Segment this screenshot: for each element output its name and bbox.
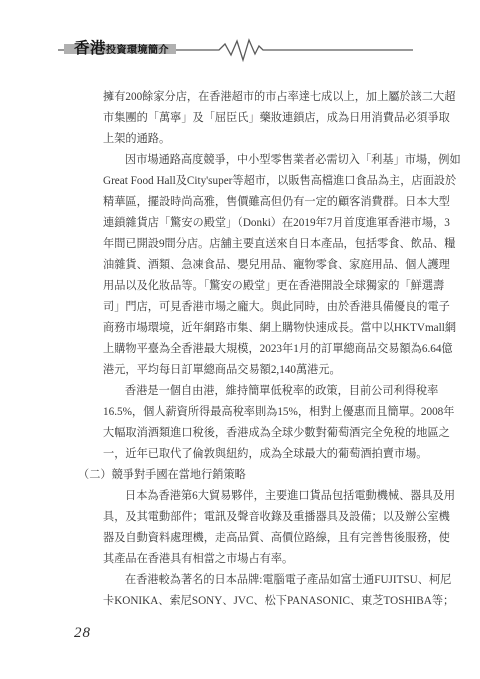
- text-line: 香港是一個自由港，維持簡單低稅率的政策，目前公司利得稅率: [103, 381, 418, 402]
- text-line: 器及自動資料處理機，走高品質、高價位路線，且有完善售後服務，使: [103, 528, 418, 549]
- text-line: 上架的通路。: [103, 129, 418, 150]
- text-line: 擁有200餘家分店，在香港超市的市占率達七成以上，加上屬於該二大超: [103, 87, 418, 108]
- text-line: 日本為香港第6大貿易夥伴，主要進口貨品包括電動機械、器具及用: [103, 486, 418, 507]
- title-main: 香港: [74, 40, 106, 57]
- text-line: 港元，平均每日訂單總商品交易額2,140萬港元。: [103, 360, 418, 381]
- page-number: 28: [74, 625, 91, 642]
- title-sub: 投資環境簡介: [106, 45, 169, 56]
- text-line: 大幅取消酒類進口稅後，香港成為全球少數對葡萄酒完全免稅的地區之: [103, 423, 418, 444]
- text-line: 一，近年已取代了倫敦與紐約，成為全球最大的葡萄酒拍賣市場。: [103, 444, 418, 465]
- text-line: 其產品在香港具有相當之市場占有率。: [103, 549, 418, 570]
- text-line: 卡KONIKA、索尼SONY、JVC、松下PANASONIC、東芝TOSHIBA…: [103, 591, 418, 612]
- body-text: 擁有200餘家分店，在香港超市的市占率達七成以上，加上屬於該二大超市集團的「萬寧…: [78, 87, 418, 612]
- text-line: 16.5%，個人薪資所得最高稅率則為15%，相對上優惠而且簡單。2008年: [103, 402, 418, 423]
- text-line: 上購物平臺為全香港最大規模，2023年1月的訂單總商品交易額為6.64億: [103, 339, 418, 360]
- text-line: 因市場通路高度競爭，中小型零售業者必需切入「利基」市場，例如: [103, 150, 418, 171]
- text-line: 市集團的「萬寧」及「屈臣氏」藥妝連鎖店，成為日用消費品必須爭取: [103, 108, 418, 129]
- page-header: 香港投資環境簡介: [0, 0, 480, 70]
- text-line: 商務市場環境，近年網路市集、網上購物快速成長。當中以HKTVmall網: [103, 318, 418, 339]
- text-line: 具，及其電動部件；電訊及聲音收錄及重播器具及設備；以及辦公室機: [103, 507, 418, 528]
- page: 香港投資環境簡介 擁有200餘家分店，在香港超市的市占率達七成以上，加上屬於該二…: [0, 0, 480, 679]
- text-line: 連鎖雜貨店「驚安の殿堂」（Donki）在2019年7月首度進軍香港市場，3: [103, 213, 418, 234]
- text-line: 精華區，擺設時尚高雅，售價雖高但仍有一定的顧客消費群。日本大型: [103, 192, 418, 213]
- text-line: 年間已開設9間分店。店舖主要直送來自日本產品，包括零食、飲品、糧: [103, 234, 418, 255]
- page-title: 香港投資環境簡介: [74, 36, 169, 58]
- text-line: 用品以及化妝品等。「驚安の殿堂」更在香港開設全球獨家的「鮮選壽: [103, 276, 418, 297]
- section-heading: （二）競爭對手國在當地行銷策略: [78, 465, 418, 486]
- text-line: 油雜貨、酒類、急凍食品、嬰兒用品、寵物零食、家庭用品、個人護理: [103, 255, 418, 276]
- text-line: Great Food Hall及City'super等超市，以販售高檔進口食品為…: [103, 171, 418, 192]
- text-line: 司」門店，可見香港市場之龐大。與此同時，由於香港具備優良的電子: [103, 297, 418, 318]
- text-line: 在香港較為著名的日本品牌:電腦電子產品如富士通FUJITSU、柯尼: [103, 570, 418, 591]
